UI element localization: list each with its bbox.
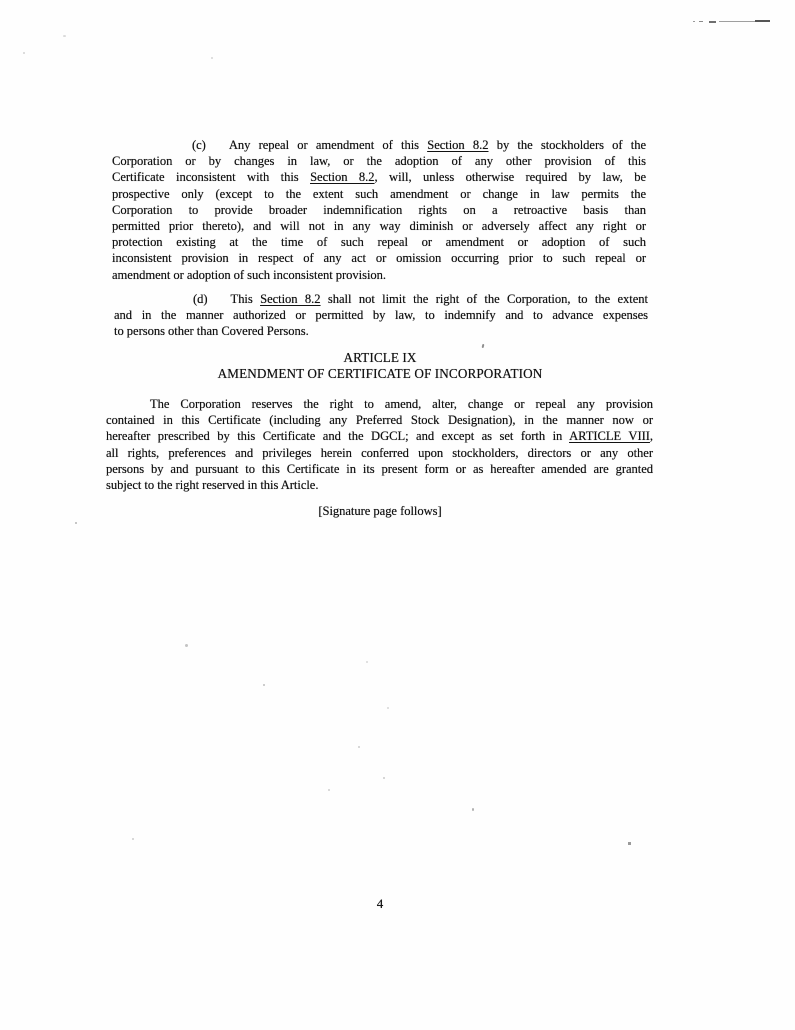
text-line: Certificate inconsistent with this Secti… [112, 169, 646, 185]
signature-note: [Signature page follows] [106, 504, 654, 519]
text-line: persons by and pursuant to this Certific… [106, 461, 653, 477]
article-heading-group: ARTICLE IX AMENDMENT OF CERTIFICATE OF I… [106, 350, 654, 383]
text-line: amendment or adoption of such inconsiste… [112, 267, 646, 283]
text-line: Corporation to provide broader indemnifi… [112, 202, 646, 218]
text-line: hereafter prescribed by this Certificate… [106, 428, 653, 444]
text-line: (d)This Section 8.2 shall not limit the … [114, 291, 648, 307]
scan-tick-mark [482, 344, 485, 348]
text-line: inconsistent provision in respect of any… [112, 250, 646, 266]
scanned-document-page: (c)Any repeal or amendment of this Secti… [0, 0, 795, 1030]
subparagraph-label: (d) [193, 292, 208, 306]
text-line: Corporation or by changes in law, or the… [112, 153, 646, 169]
text-line: (c)Any repeal or amendment of this Secti… [112, 137, 646, 153]
article-number-heading: ARTICLE IX [106, 350, 654, 366]
text-line: and in the manner authorized or permitte… [114, 307, 648, 323]
paragraph-d: (d)This Section 8.2 shall not limit the … [114, 291, 648, 340]
text-line: all rights, preferences and privileges h… [106, 445, 653, 461]
text-line: The Corporation reserves the right to am… [106, 396, 653, 412]
text-line: to persons other than Covered Persons. [114, 323, 648, 339]
text-line: permitted prior thereto), and will not i… [112, 218, 646, 234]
subparagraph-label: (c) [192, 138, 206, 152]
text-line: prospective only (except to the extent s… [112, 186, 646, 202]
article-title-heading: AMENDMENT OF CERTIFICATE OF INCORPORATIO… [106, 366, 654, 382]
page-number: 4 [106, 896, 654, 912]
text-line: protection existing at the time of such … [112, 234, 646, 250]
text-line: subject to the right reserved in this Ar… [106, 477, 653, 493]
paragraph-c: (c)Any repeal or amendment of this Secti… [112, 137, 646, 283]
text-line: contained in this Certificate (including… [106, 412, 653, 428]
amendment-paragraph: The Corporation reserves the right to am… [106, 396, 653, 493]
